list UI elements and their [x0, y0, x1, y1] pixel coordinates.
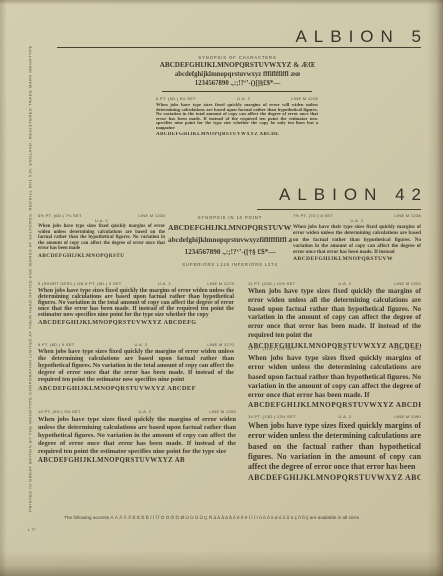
line-reference: LINE M 1270	[207, 342, 234, 347]
unit-arrangement: U.A. 2	[134, 342, 147, 347]
specimen-12pt-header: 12 PT. (11D.) 11½ SET U.A. 2 LINE M 1368	[248, 346, 421, 351]
specimen-10pt: 10 PT. (9D.) 9¾ SET U.A. 2 LINE M 1300 W…	[38, 409, 236, 464]
page-title-albion-5: ALBION 5	[295, 27, 428, 47]
unit-arrangement: U.A. 2	[338, 281, 351, 286]
specimen-12pt-paragraph: When jobs have type sizes fixed quickly …	[248, 353, 421, 399]
specimen-9on8pt: 9 (SHORT DESC.) ON 8 PT. (8D.) 9 SET U.A…	[38, 281, 234, 326]
line-reference: LINE M 1238	[394, 213, 421, 218]
specimen-14pt: 14 PT. (13D.) 13½ SET U.A. 2 LINE M 1390…	[248, 414, 421, 482]
specimen-6pt-caps-line: ABCDEFGHIJKLMNOPQRSTUVWXYZ ABCDE	[156, 132, 318, 137]
page-edge-left	[0, 0, 7, 576]
specimen-6pt-paragraph: When jobs have type sizes fixed quickly …	[156, 103, 318, 131]
specimen-10pt-caps-line: ABCDEFGHIJKLMNOPQRSTUVWXYZ AB	[38, 457, 236, 464]
size-label: 9 (SHORT DESC.) ON 8 PT. (8D.) 9 SET	[38, 281, 122, 286]
specimen-11pt-header: 11 PT. (10D.) 10½ SET U.A. 2 LINE M 1320	[248, 281, 421, 286]
size-label: 14 PT. (13D.) 13½ SET	[248, 414, 296, 419]
line-reference: LINE M 1390	[394, 414, 421, 419]
specimen-9pt-header: 9 PT. (8D.) 9 SET U.A. 2 LINE M 1270	[38, 342, 234, 347]
synopsis-lowercase-line: abcdefghijklmnopqrstuvwxyz fffiflffiffl …	[120, 71, 355, 78]
size-label: 9 PT. (8D.) 9 SET	[38, 342, 74, 347]
specimen-6pt: 6 PT. (6D.) 6¼ SET U.A. 2 LINE M 1228 Wh…	[156, 96, 318, 137]
specimen-14pt-caps-line: ABCDEFGHIJKLMNOPQRSTUVWXYZ ABCDE	[248, 473, 421, 482]
specimen-7half-caps-line: ABCDEFGHIJKLMNOPQRSTUVW	[293, 256, 421, 262]
page-title-albion-42: ALBION 42	[279, 185, 428, 205]
synopsis-caps-line: ABCDEFGHIJKLMNOPQRSTUVWXYZ & ÆŒ	[120, 61, 355, 69]
page-edge-top	[0, 0, 443, 5]
specimen-7half-paragraph: When jobs have their type sizes fixed qu…	[293, 224, 421, 255]
unit-arrangement: U.A. 2	[139, 409, 152, 414]
accents-availability-note: The following accents Á À Â Ä Å É È Ê Ë …	[64, 515, 421, 520]
synopsis-10pt-lowercase: abcdefghijklmnopqrstuvwxyzfiflffffiffl æ…	[168, 236, 292, 244]
size-label: 11 PT. (10D.) 10½ SET	[248, 281, 295, 286]
specimen-6pt-header: 6 PT. (6D.) 6¼ SET U.A. 2 LINE M 1228	[156, 96, 318, 101]
specimen-14pt-paragraph: When jobs have type sizes fixed quickly …	[248, 421, 421, 472]
size-label: 6½ PT. (6D.) 7¼ SET	[38, 213, 82, 218]
albion-42-rule	[257, 209, 421, 210]
line-reference: LINE M 1300	[209, 409, 236, 414]
unit-arrangement: U.A. 2	[38, 218, 165, 223]
specimen-12pt: 12 PT. (11D.) 11½ SET U.A. 2 LINE M 1368…	[248, 346, 421, 409]
top-rule	[57, 47, 421, 48]
synopsis-rule	[162, 91, 312, 92]
specimen-9on8-header: 9 (SHORT DESC.) ON 8 PT. (8D.) 9 SET U.A…	[38, 281, 234, 286]
line-reference: LINE M 1368	[394, 346, 421, 351]
synopsis-10pt-caps: ABCDEFGHIJKLMNOPQRSTUVWXYZ&ÆŒ	[168, 223, 292, 232]
unit-arrangement: U.A. 2	[237, 96, 250, 101]
synopsis-heading: SYNOPSIS OF CHARACTERS	[120, 55, 355, 60]
specimen-6half-pt: 6½ PT. (6D.) 7¼ SET LINE M 1235 U.A. 2 W…	[38, 213, 165, 259]
unit-arrangement: U.A. 2	[338, 346, 351, 351]
unit-arrangement: U.A. 2	[158, 281, 171, 286]
specimen-9on8-paragraph: When jobs have type sizes fixed quickly …	[38, 288, 234, 318]
synopsis-10pt-figures: 1234567890 .,:;!?‘’-([†§ £$*—	[168, 248, 292, 256]
specimen-6half-caps-line: ABCDEFGHIJKLMNOPQRSTU	[38, 253, 165, 259]
specimen-7half-pt: 7½ PT. (7D.) 8 SET LINE M 1238 U.A. 2 Wh…	[293, 213, 421, 262]
superiors-inferiors-note: SUPERIORS L118 INFERIORS L274	[168, 262, 292, 267]
specimen-9pt: 9 PT. (8D.) 9 SET U.A. 2 LINE M 1270 Whe…	[38, 342, 234, 392]
synopsis-10pt-heading: SYNOPSIS IN 10 POINT	[168, 215, 292, 220]
specimen-10pt-header: 10 PT. (9D.) 9¾ SET U.A. 2 LINE M 1300	[38, 409, 236, 414]
specimen-9on8-caps-line: ABCDEFGHIJKLMNOPQRSTUVWXYZ ABCDEFG	[38, 319, 234, 326]
line-reference: LINE M 1279	[207, 281, 234, 286]
unit-arrangement: U.A. 2	[293, 218, 421, 223]
specimen-6half-paragraph: When jobs have type sizes fixed quickly …	[38, 224, 165, 252]
page-edge-right	[427, 0, 443, 576]
synopsis-10pt: SYNOPSIS IN 10 POINT ABCDEFGHIJKLMNOPQRS…	[168, 215, 292, 267]
specimen-12pt-caps-line: ABCDEFGHIJKLMNOPQRSTUVWXYZ ABCDEFGH	[248, 400, 421, 409]
size-label: 12 PT. (11D.) 11½ SET	[248, 346, 295, 351]
synopsis-figures-line: 1234567890 .,:;!?‘’-()[]§£$*—	[120, 80, 355, 87]
size-label: 10 PT. (9D.) 9¾ SET	[38, 409, 81, 414]
line-reference: LINE M 1228	[291, 96, 318, 101]
size-label: 6 PT. (6D.) 6¼ SET	[156, 96, 196, 101]
specimen-14pt-header: 14 PT. (13D.) 13½ SET U.A. 2 LINE M 1390	[248, 414, 421, 419]
imprint-vertical-text: PRINTED IN GREAT BRITAIN BY THE MONOTYPE…	[28, 25, 33, 533]
size-label: 7½ PT. (7D.) 8 SET	[293, 213, 333, 218]
specimen-9pt-paragraph: When jobs have type sizes fixed quickly …	[38, 349, 234, 384]
line-reference: LINE M 1235	[138, 213, 165, 218]
unit-arrangement: U.A. 2	[339, 414, 352, 419]
line-reference: LINE M 1320	[394, 281, 421, 286]
specimen-9pt-caps-line: ABCDEFGHIJKLMNOPQRSTUVWXYZ ABCDEF	[38, 385, 234, 392]
specimen-11pt-paragraph: When jobs have type sizes fixed quickly …	[248, 288, 421, 341]
specimen-10pt-paragraph: When jobs have type sizes fixed quickly …	[38, 416, 236, 456]
corner-reference: L 77	[28, 527, 36, 532]
page-edge-bottom	[0, 550, 443, 576]
specimen-11pt: 11 PT. (10D.) 10½ SET U.A. 2 LINE M 1320…	[248, 281, 421, 350]
specimen-page: PRINTED IN GREAT BRITAIN BY THE MONOTYPE…	[0, 0, 443, 576]
